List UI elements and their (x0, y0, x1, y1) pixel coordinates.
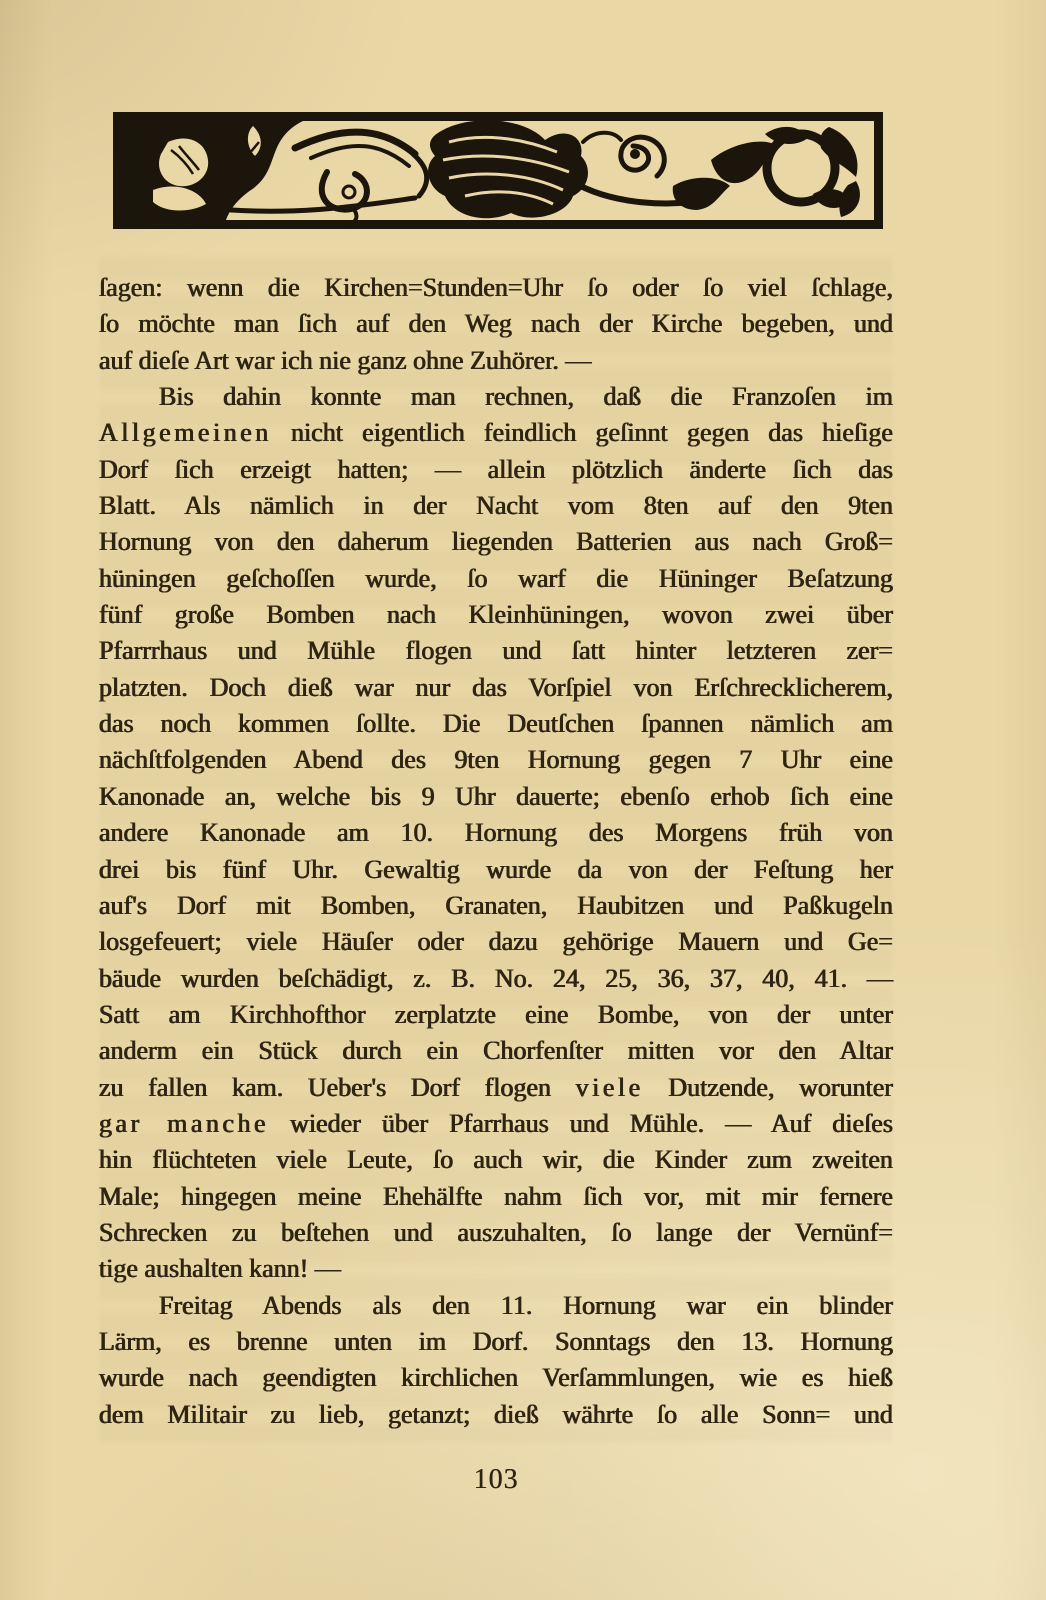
text-segment: Dutzende, worunter (644, 1073, 893, 1102)
text-line: Schrecken zu beſtehen und auszuhalten, ſ… (99, 1215, 893, 1251)
text-line: losgefeuert; viele Häuſer oder dazu gehö… (99, 924, 893, 960)
text-segment: Pfarrrhaus und Mühle flogen und ſatt hin… (99, 636, 893, 665)
text-line: drei bis fünf Uhr. Gewaltig wurde da von… (99, 852, 893, 888)
text-line: tige aushalten kann! — (99, 1251, 893, 1287)
text-segment: andere Kanonade am 10. Hornung des Morge… (99, 818, 893, 847)
text-line: bäude wurden beſchädigt, z. B. No. 24, 2… (99, 961, 893, 997)
text-line: andere Kanonade am 10. Hornung des Morge… (99, 815, 893, 851)
text-segment: nicht eigentlich feindlich geſinnt gegen… (272, 418, 893, 447)
text-line: Freitag Abends als den 11. Hornung war e… (99, 1288, 893, 1324)
text-line: gar manche wieder über Pfarrhaus und Müh… (99, 1106, 893, 1142)
text-line: ſagen: wenn die Kirchen=Stunden=Uhr ſo o… (99, 270, 893, 306)
text-line: platzten. Doch dieß war nur das Vorſpiel… (99, 670, 893, 706)
text-segment: hüningen geſchoſſen wurde, ſo warf die H… (99, 564, 893, 593)
body-text: ſagen: wenn die Kirchen=Stunden=Uhr ſo o… (99, 270, 893, 1433)
text-segment: bäude wurden beſchädigt, z. B. No. 24, 2… (99, 964, 893, 993)
text-segment: Hornung von den daherum liegenden Batter… (99, 527, 893, 556)
text-segment: Dorf ſich erzeigt hatten; — allein plötz… (99, 455, 893, 484)
text-segment: Lärm, es brenne unten im Dorf. Sonntags … (99, 1327, 893, 1356)
text-segment: wurde nach geendigten kirchlichen Verſam… (99, 1363, 893, 1392)
text-segment: drei bis fünf Uhr. Gewaltig wurde da von… (99, 855, 893, 884)
text-segment: Bis dahin konnte man rechnen, daß die Fr… (159, 382, 893, 411)
text-segment: hin flüchteten viele Leute, ſo auch wir,… (99, 1145, 893, 1174)
text-line: nächſtfolgenden Abend des 9ten Hornung g… (99, 742, 893, 778)
text-segment: tige aushalten kann! — (99, 1254, 341, 1283)
book-page: ſagen: wenn die Kirchen=Stunden=Uhr ſo o… (0, 0, 1046, 1600)
emphasized-text: viele (576, 1073, 644, 1102)
text-segment: auf dieſe Art war ich nie ganz ohne Zuhö… (99, 346, 591, 375)
text-line: hüningen geſchoſſen wurde, ſo warf die H… (99, 561, 893, 597)
text-line: fünf große Bomben nach Kleinhüningen, wo… (99, 597, 893, 633)
text-segment: losgefeuert; viele Häuſer oder dazu gehö… (99, 927, 893, 956)
text-segment: platzten. Doch dieß war nur das Vorſpiel… (99, 673, 893, 702)
text-line: das noch kommen ſollte. Die Deutſchen ſp… (99, 706, 893, 742)
text-segment: anderm ein Stück durch ein Chorfenſter m… (99, 1036, 893, 1065)
text-line: wurde nach geendigten kirchlichen Verſam… (99, 1360, 893, 1396)
text-line: auf's Dorf mit Bomben, Granaten, Haubitz… (99, 888, 893, 924)
ornament-headpiece (113, 112, 883, 229)
text-segment: dem Militair zu lieb, getanzt; dieß währ… (99, 1400, 893, 1429)
text-line: Satt am Kirchhofthor zerplatzte eine Bom… (99, 997, 893, 1033)
text-segment: das noch kommen ſollte. Die Deutſchen ſp… (99, 709, 893, 738)
text-segment: Satt am Kirchhofthor zerplatzte eine Bom… (99, 1000, 893, 1029)
text-line: Dorf ſich erzeigt hatten; — allein plötz… (99, 452, 893, 488)
page-number: 103 (99, 1464, 893, 1496)
text-line: Blatt. Als nämlich in der Nacht vom 8ten… (99, 488, 893, 524)
text-line: Male; hingegen meine Ehehälfte nahm ſich… (99, 1179, 893, 1215)
text-segment: Freitag Abends als den 11. Hornung war e… (159, 1291, 893, 1320)
text-segment: Male; hingegen meine Ehehälfte nahm ſich… (99, 1182, 893, 1211)
text-line: dem Militair zu lieb, getanzt; dieß währ… (99, 1397, 893, 1433)
text-segment: fünf große Bomben nach Kleinhüningen, wo… (99, 600, 893, 629)
text-segment: ſagen: wenn die Kirchen=Stunden=Uhr ſo o… (99, 273, 893, 302)
emphasized-text: gar manche (99, 1109, 269, 1138)
text-segment: wieder über Pfarrhaus und Mühle. — Auf d… (269, 1109, 893, 1138)
text-line: anderm ein Stück durch ein Chorfenſter m… (99, 1033, 893, 1069)
text-line: Bis dahin konnte man rechnen, daß die Fr… (99, 379, 893, 415)
text-line: Allgemeinen nicht eigentlich feindlich g… (99, 415, 893, 451)
text-line: Pfarrrhaus und Mühle flogen und ſatt hin… (99, 633, 893, 669)
text-segment: Blatt. Als nämlich in der Nacht vom 8ten… (99, 491, 893, 520)
text-segment: nächſtfolgenden Abend des 9ten Hornung g… (99, 745, 893, 774)
text-line: auf dieſe Art war ich nie ganz ohne Zuhö… (99, 343, 893, 379)
text-segment: ſo möchte man ſich auf den Weg nach der … (99, 309, 893, 338)
emphasized-text: Allgemeinen (99, 418, 272, 447)
text-line: ſo möchte man ſich auf den Weg nach der … (99, 306, 893, 342)
text-segment: auf's Dorf mit Bomben, Granaten, Haubitz… (99, 891, 893, 920)
text-line: Kanonade an, welche bis 9 Uhr dauerte; e… (99, 779, 893, 815)
text-line: zu fallen kam. Ueber's Dorf flogen viele… (99, 1070, 893, 1106)
text-line: hin flüchteten viele Leute, ſo auch wir,… (99, 1142, 893, 1178)
text-line: Hornung von den daherum liegenden Batter… (99, 524, 893, 560)
text-segment: Schrecken zu beſtehen und auszuhalten, ſ… (99, 1218, 893, 1247)
text-segment: zu fallen kam. Ueber's Dorf flogen (99, 1073, 576, 1102)
text-line: Lärm, es brenne unten im Dorf. Sonntags … (99, 1324, 893, 1360)
text-segment: Kanonade an, welche bis 9 Uhr dauerte; e… (99, 782, 893, 811)
